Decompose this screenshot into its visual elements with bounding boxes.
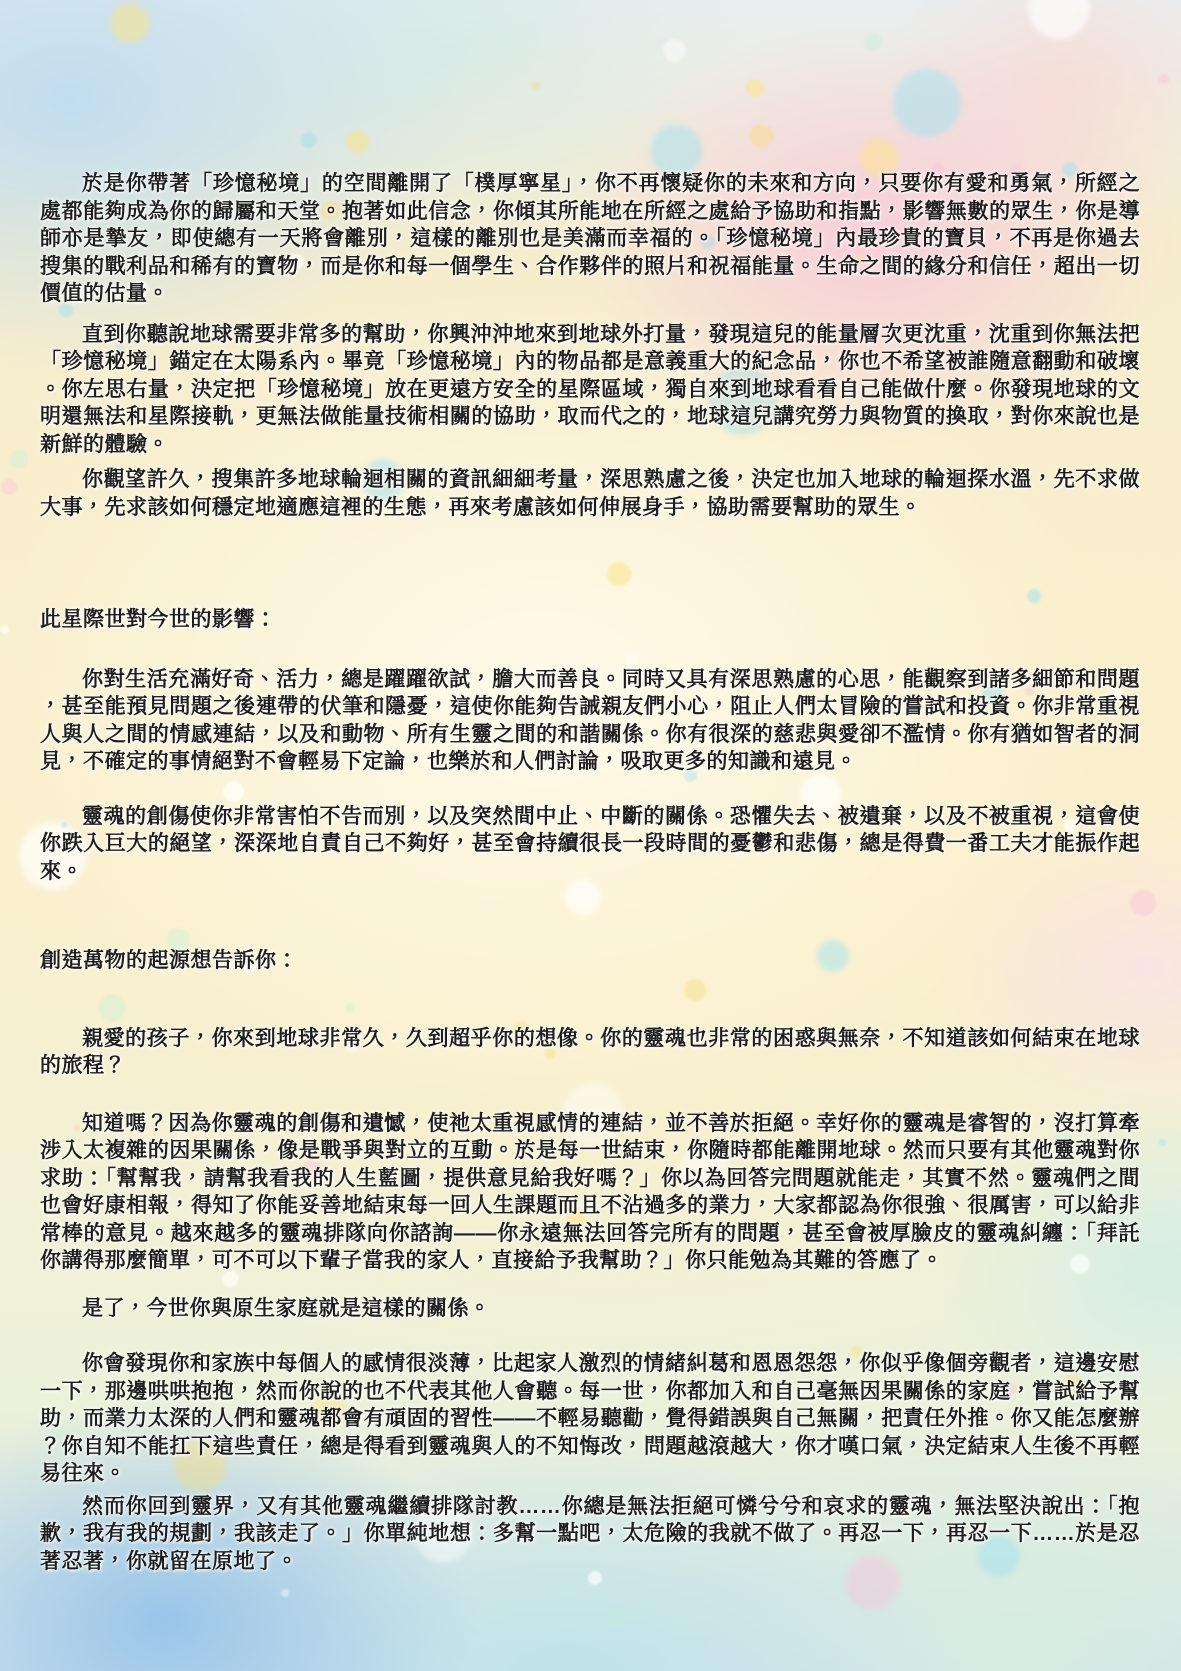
document-paragraph: 你觀望許久，搜集許多地球輪迴相關的資訊細細考量，深思熟慮之後，決定也加入地球的輪… <box>40 466 1140 521</box>
document-body: 於是你帶著「珍憶秘境」的空間離開了「樸厚寧星」，你不再懷疑你的未來和方向，只要你… <box>40 170 1140 1575</box>
document-paragraph: 靈魂的創傷使你非常害怕不告而別，以及突然間中止、中斷的關係。恐懼失去、被遺棄，以… <box>40 803 1140 886</box>
document-paragraph: 親愛的孩子，你來到地球非常久，久到超乎你的想像。你的靈魂也非常的困惑與無奈，不知… <box>40 1025 1140 1080</box>
document-paragraph: 你對生活充滿好奇、活力，總是躍躍欲試，膽大而善良。同時又具有深思熟慮的心思，能觀… <box>40 666 1140 776</box>
document-paragraph: 知道嗎？因為你靈魂的創傷和遺憾，使祂太重視感情的連結，並不善於拒絕。幸好你的靈魂… <box>40 1110 1140 1275</box>
document-paragraph: 於是你帶著「珍憶秘境」的空間離開了「樸厚寧星」，你不再懷疑你的未來和方向，只要你… <box>40 170 1140 308</box>
document-heading: 創造萬物的起源想告訴你： <box>40 947 1140 975</box>
document-paragraph: 直到你聽說地球需要非常多的幫助，你興沖沖地來到地球外打量，發現這兒的能量層次更沈… <box>40 321 1140 459</box>
document-paragraph: 你會發現你和家族中每個人的感情很淡薄，比起家人激烈的情緒糾葛和恩恩怨怨，你似乎像… <box>40 1350 1140 1488</box>
document-paragraph: 是了，今世你與原生家庭就是這樣的關係。 <box>40 1295 1140 1323</box>
document-paragraph: 然而你回到靈界，又有其他靈魂繼續排隊討教……你總是無法拒絕可憐兮兮和哀求的靈魂，… <box>40 1493 1140 1576</box>
page: { "theme": { "text_color": "#1e1e1e", "p… <box>0 0 1181 1671</box>
document-heading: 此星際世對今世的影響： <box>40 606 1140 634</box>
